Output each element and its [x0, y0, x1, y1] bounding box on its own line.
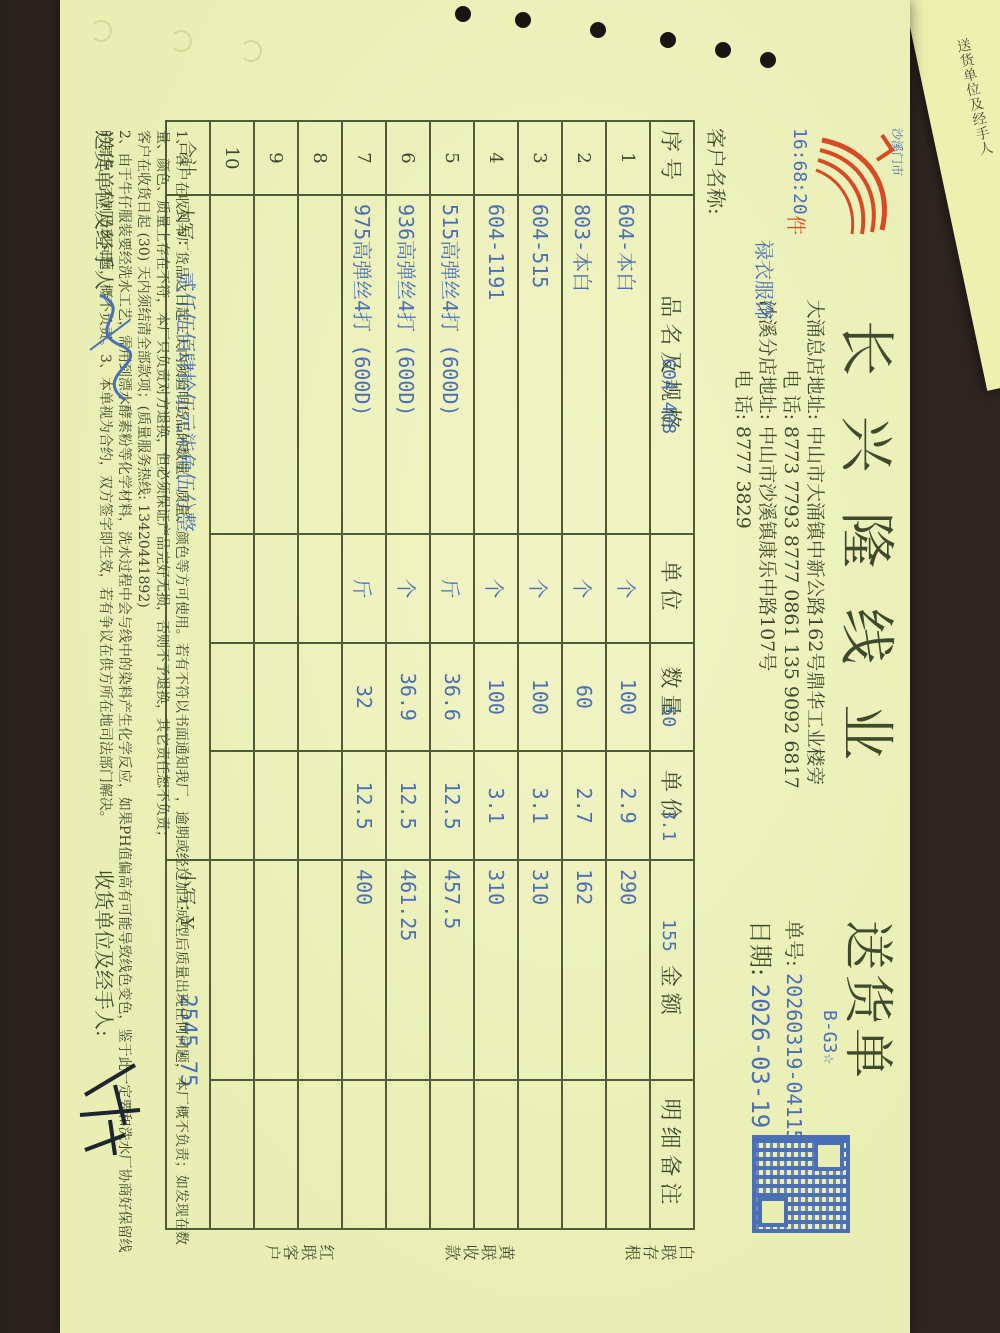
company-name: 长兴隆线业 — [830, 320, 910, 800]
print-time: 16:68:20 — [789, 128, 810, 215]
date-line: 日期: 2026-03-19 — [745, 920, 780, 1128]
overlap-item-name: 604-408 — [659, 358, 680, 434]
code-mark: B-G3☆ — [819, 1010, 840, 1064]
row-amount: 290 — [606, 860, 650, 1080]
row-name: 604-本白 — [606, 195, 650, 534]
overlap-item-price: 3.1 — [659, 809, 680, 842]
row-amount: 400 — [342, 860, 386, 1080]
tractor-feed-holes — [60, 0, 910, 70]
background-delivery-sheet: 送货单位及经手人 — [900, 0, 1000, 391]
row-amount — [254, 860, 298, 1080]
row-price: 2.9 — [606, 751, 650, 860]
date-value: 2026-03-19 — [746, 984, 774, 1129]
row-unit: 个 — [606, 534, 650, 642]
table-row: 3 604-515 个 100 3.1 310 — [518, 121, 562, 1229]
row-no: 8 — [298, 121, 342, 195]
hole — [715, 42, 731, 58]
row-unit: 个 — [386, 534, 430, 642]
row-remark — [342, 1080, 386, 1229]
hq-phone-line: 电 话: 8773 7793 8777 0861 135 9092 6817 — [779, 270, 806, 789]
row-qty: 100 — [474, 643, 518, 751]
row-unit: 斤 — [430, 534, 474, 642]
hole — [515, 12, 531, 28]
hq-phone: 8773 7793 8777 0861 135 9092 6817 — [780, 426, 802, 789]
row-name: 604-1191 — [474, 195, 518, 534]
row-name: 936高弹丝4打 (600D) — [386, 195, 430, 534]
col-amount: 155 金额 — [650, 860, 694, 1080]
hole-outline — [170, 30, 192, 52]
table-row: 2 803-本白 个 60 2.7 162 — [562, 121, 606, 1229]
hq-phone-label: 电 话: — [779, 270, 806, 420]
row-qty — [254, 643, 298, 751]
overlap-item-qty: 50 — [659, 706, 680, 728]
col-name: 品名及规格 604-408 — [650, 195, 694, 534]
qr-code — [752, 1135, 850, 1233]
row-price: 3.1 — [518, 751, 562, 860]
table-row: 8 — [298, 121, 342, 1229]
copy-label-yellow: 黄联收款 — [365, 1240, 515, 1263]
date-label: 日期: — [746, 920, 774, 976]
row-remark — [474, 1080, 518, 1229]
table-row: 9 — [254, 121, 298, 1229]
row-amount: 310 — [518, 860, 562, 1080]
row-remark — [298, 1080, 342, 1229]
row-name — [210, 195, 254, 534]
order-number: 20260319-04115 — [782, 973, 806, 1142]
row-remark — [386, 1080, 430, 1229]
row-price: 12.5 — [430, 751, 474, 860]
row-qty: 32 — [342, 643, 386, 751]
hole-outline — [90, 20, 112, 42]
row-amount — [210, 860, 254, 1080]
row-qty: 100 — [518, 643, 562, 751]
stamp-char: 件 — [783, 215, 812, 235]
receiver-signature-icon — [75, 1055, 145, 1165]
row-unit: 斤 — [342, 534, 386, 642]
delivery-note: 沙溪门市 长兴隆线业 送货单 大涌总店地址: 中山市大涌镇中新公路162号鼎华工… — [130, 90, 910, 1290]
copy-label-white: 白联存根 — [545, 1240, 695, 1263]
row-remark — [518, 1080, 562, 1229]
row-remark — [606, 1080, 650, 1229]
sender-signature-label: 送货单位及经手人 — [91, 130, 120, 290]
company-logo-icon — [812, 130, 902, 240]
order-number-line: 单号: 20260319-04115 — [781, 920, 810, 1142]
items-table: 序号 品名及规格 604-408 单位 数量 50 单价 3.1 155 金额 — [165, 120, 695, 1230]
header: 沙溪门市 长兴隆线业 送货单 大涌总店地址: 中山市大涌镇中新公路162号鼎华工… — [690, 90, 910, 1290]
table-row: 7 975高弹丝4打 (600D) 斤 32 12.5 400 — [342, 121, 386, 1229]
row-price — [298, 751, 342, 860]
row-name: 803-本白 — [562, 195, 606, 534]
row-no: 9 — [254, 121, 298, 195]
row-no: 7 — [342, 121, 386, 195]
overlap-item-amount: 155 — [659, 919, 680, 952]
row-amount: 461.25 — [386, 860, 430, 1080]
col-qty: 数量 50 — [650, 643, 694, 751]
row-qty: 100 — [606, 643, 650, 751]
row-unit — [254, 534, 298, 642]
col-price: 单价 3.1 — [650, 751, 694, 860]
customer-label: 客户名称: — [703, 128, 732, 215]
row-amount: 457.5 — [430, 860, 474, 1080]
hole — [455, 6, 471, 22]
delivery-note-paper: 沙溪门市 长兴隆线业 送货单 大涌总店地址: 中山市大涌镇中新公路162号鼎华工… — [60, 0, 910, 1333]
row-qty: 36.6 — [430, 643, 474, 751]
row-no: 5 — [430, 121, 474, 195]
row-qty: 60 — [562, 643, 606, 751]
row-unit: 个 — [518, 534, 562, 642]
row-no: 6 — [386, 121, 430, 195]
sender-signature-icon — [80, 290, 140, 410]
row-price: 12.5 — [342, 751, 386, 860]
col-remark: 明细备注 — [650, 1080, 694, 1229]
receiver-signature-label: 收货单位及经手人: — [91, 870, 120, 1037]
hole — [590, 22, 606, 38]
branch-address: 中山市沙溪镇康乐中路107号 — [756, 426, 778, 671]
row-unit — [210, 534, 254, 642]
row-name: 604-515 — [518, 195, 562, 534]
col-unit: 单位 — [650, 534, 694, 642]
row-no: 10 — [210, 121, 254, 195]
row-no: 2 — [562, 121, 606, 195]
hq-address-label: 大涌总店地址: — [803, 270, 830, 420]
hq-address: 中山市大涌镇中新公路162号鼎华工业楼旁 — [804, 426, 826, 785]
hole-outline — [240, 40, 262, 62]
table-row: 1 604-本白 个 100 2.9 290 — [606, 121, 650, 1229]
row-no: 3 — [518, 121, 562, 195]
row-price: 12.5 — [386, 751, 430, 860]
col-amount-label: 金额 — [658, 965, 683, 1021]
table-row: 10 — [210, 121, 254, 1229]
row-name: 515高弹丝4打 (600D) — [430, 195, 474, 534]
row-remark — [210, 1080, 254, 1229]
table-row: 4 604-1191 个 100 3.1 310 — [474, 121, 518, 1229]
customer-name: 禄衣服饰 — [751, 240, 780, 320]
row-amount: 310 — [474, 860, 518, 1080]
row-price: 3.1 — [474, 751, 518, 860]
row-no: 4 — [474, 121, 518, 195]
branch-phone: 8777 3829 — [732, 426, 754, 529]
hole — [660, 32, 676, 48]
document-title: 送货单 — [836, 920, 908, 1082]
row-price — [254, 751, 298, 860]
row-unit — [298, 534, 342, 642]
branch-address-line: 沙溪分店地址: 中山市沙溪镇康乐中路107号 — [755, 270, 782, 671]
copy-labels: 白联存根 黄联收款 红联客户 — [155, 1240, 695, 1280]
row-name: 975高弹丝4打 (600D) — [342, 195, 386, 534]
row-price: 2.7 — [562, 751, 606, 860]
hq-address-line: 大涌总店地址: 中山市大涌镇中新公路162号鼎华工业楼旁 — [803, 270, 830, 785]
copy-label-red: 红联客户 — [185, 1240, 335, 1263]
row-price — [210, 751, 254, 860]
row-amount — [298, 860, 342, 1080]
row-remark — [254, 1080, 298, 1229]
table-row: 6 936高弹丝4打 (600D) 个 36.9 12.5 461.25 — [386, 121, 430, 1229]
row-unit: 个 — [474, 534, 518, 642]
row-qty: 36.9 — [386, 643, 430, 751]
table-header-row: 序号 品名及规格 604-408 单位 数量 50 单价 3.1 155 金额 — [650, 121, 694, 1229]
row-name — [254, 195, 298, 534]
term-1: 1、客户在收到本厂货品之日起三天内须验明货品的数量、质量、颜色等方可使用。若有不… — [152, 130, 190, 1260]
row-amount: 162 — [562, 860, 606, 1080]
col-no: 序号 — [650, 121, 694, 195]
row-remark — [430, 1080, 474, 1229]
row-qty — [298, 643, 342, 751]
order-number-label: 单号: — [782, 920, 806, 967]
row-remark — [562, 1080, 606, 1229]
table-row: 5 515高弹丝4打 (600D) 斤 36.6 12.5 457.5 — [430, 121, 474, 1229]
row-unit: 个 — [562, 534, 606, 642]
row-name — [298, 195, 342, 534]
row-qty — [210, 643, 254, 751]
row-no: 1 — [606, 121, 650, 195]
background-sheet-text: 送货单位及经手人 — [952, 36, 997, 158]
hole — [760, 52, 776, 68]
